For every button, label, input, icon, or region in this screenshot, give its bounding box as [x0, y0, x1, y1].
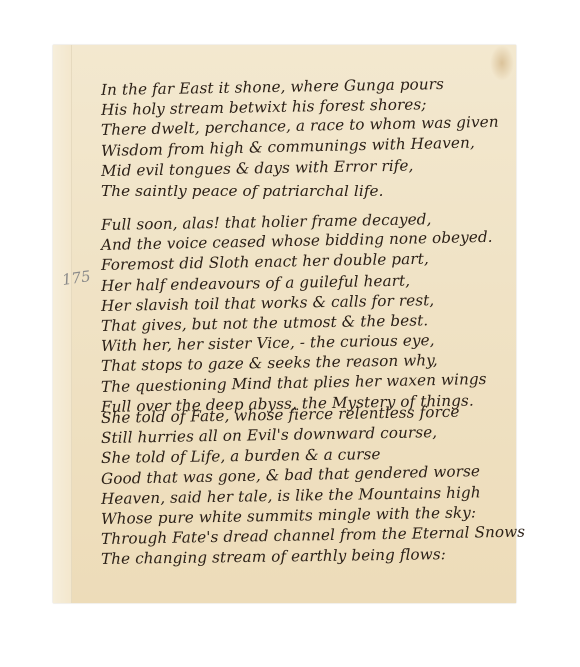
- manuscript-page: 175 In the far East it shone, where Gung…: [53, 45, 516, 603]
- margin-page-number: 175: [61, 267, 92, 289]
- stanza-3: She told of Fate, whose fierce relentles…: [101, 408, 511, 570]
- stanza-2: Full soon, alas! that holier frame decay…: [101, 215, 511, 417]
- verse-line: The changing stream of earthly being flo…: [101, 544, 511, 570]
- verse-line: The saintly peace of patriarchal life.: [101, 181, 511, 201]
- stanza-1: In the far East it shone, where Gunga po…: [101, 80, 511, 201]
- page-edge-strip: [53, 45, 72, 603]
